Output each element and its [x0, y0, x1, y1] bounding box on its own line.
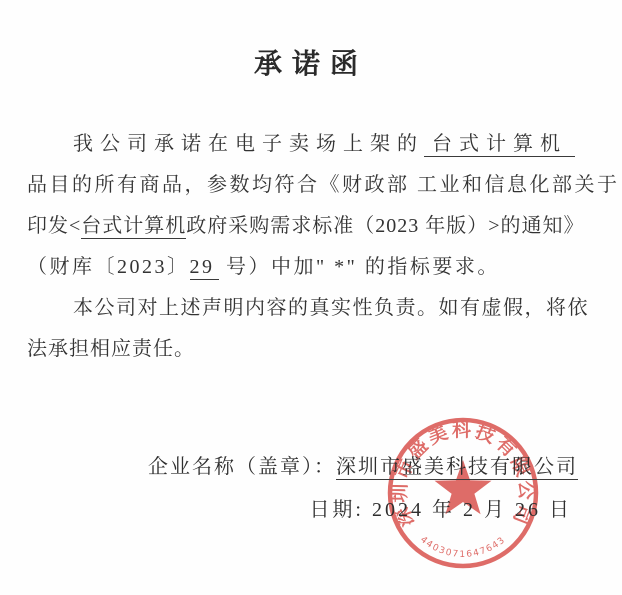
body-line: （财库〔2023〕29 号）中加" *" 的指标要求。: [27, 247, 595, 288]
body-text-segment: 我公司承诺在电子卖场上架的: [73, 133, 424, 155]
body-line: 品目的所有商品，参数均符合《财政部 工业和信息化部关于: [27, 165, 595, 206]
document-title: 承诺函: [0, 0, 622, 82]
underlined-document-number: 29: [190, 256, 219, 280]
company-name-label: 企业名称（盖章）：: [148, 456, 336, 478]
date-label: 日期:: [309, 499, 372, 521]
body-line: 印发<台式计算机政府采购需求标准（2023 年版）>的通知》: [27, 206, 595, 247]
document-page: 承诺函 我公司承诺在电子卖场上架的台式计算机 品目的所有商品，参数均符合《财政部…: [0, 0, 622, 595]
underlined-product-name: 台式计算机: [81, 215, 186, 239]
body-line: 本公司对上述声明内容的真实性负责。如有虚假，将依: [27, 288, 595, 329]
seal-serial-number: 4403071647643: [418, 535, 508, 560]
signature-block: 企业名称（盖章）：深圳市盛美科技有限公司 日期: 2024 年 2 月 26 日: [148, 450, 578, 522]
company-name-row: 企业名称（盖章）：深圳市盛美科技有限公司: [148, 450, 578, 479]
date-row: 日期: 2024 年 2 月 26 日: [148, 493, 572, 522]
body-line: 法承担相应责任。: [27, 329, 595, 370]
body-text-segment: 政府采购需求标准（2023 年版）>的通知》: [186, 215, 584, 237]
date-value: 2024 年 2 月 26 日: [372, 499, 572, 521]
body-text-segment: 号）中加" *" 的指标要求。: [219, 256, 500, 278]
body-text-segment: 印发<: [27, 215, 81, 237]
body-line: 我公司承诺在电子卖场上架的台式计算机: [27, 124, 595, 165]
company-name-value: 深圳市盛美科技有限公司: [336, 456, 578, 480]
document-body: 我公司承诺在电子卖场上架的台式计算机 品目的所有商品，参数均符合《财政部 工业和…: [0, 124, 622, 370]
body-text-segment: （财库〔2023〕: [27, 256, 190, 278]
underlined-product-name: 台式计算机: [424, 133, 575, 157]
